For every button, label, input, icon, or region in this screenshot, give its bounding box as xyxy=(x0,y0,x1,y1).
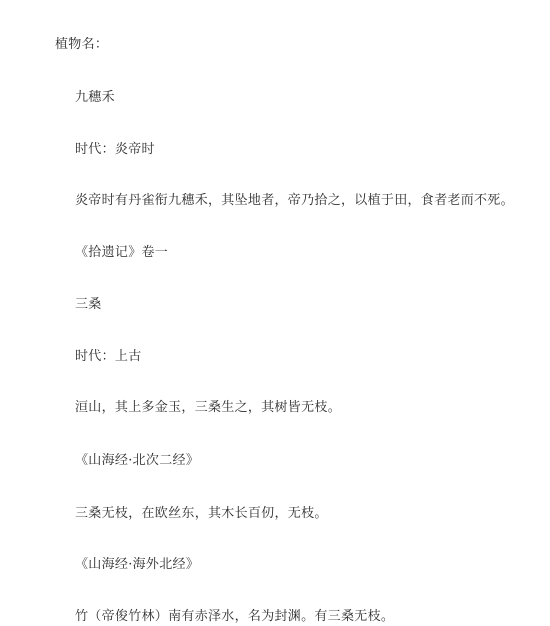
quote-text: 炎帝时有丹雀衔九穗禾，其坠地者，帝乃拾之，以植于田，食者老而不死。 xyxy=(75,193,514,209)
era-line: 时代：上古 xyxy=(75,349,142,365)
section-heading: 植物名： xyxy=(55,37,108,53)
source-citation: 《山海经·北次二经》 xyxy=(75,453,199,469)
source-citation: 《山海经·海外北经》 xyxy=(75,557,199,573)
era-line: 时代：炎帝时 xyxy=(75,142,155,158)
plant-name: 九穗禾 xyxy=(75,90,115,106)
source-citation: 《拾遗记》卷一 xyxy=(75,245,168,261)
quote-text: 三桑无枝，在欧丝东，其木长百仞，无枝。 xyxy=(75,506,328,522)
quote-text: 洹山，其上多金玉，三桑生之，其树皆无枝。 xyxy=(75,400,341,416)
quote-text: 竹（帝俊竹林）南有赤泽水，名为封渊。有三桑无枝。 xyxy=(75,609,394,625)
plant-name: 三桑 xyxy=(75,297,102,313)
